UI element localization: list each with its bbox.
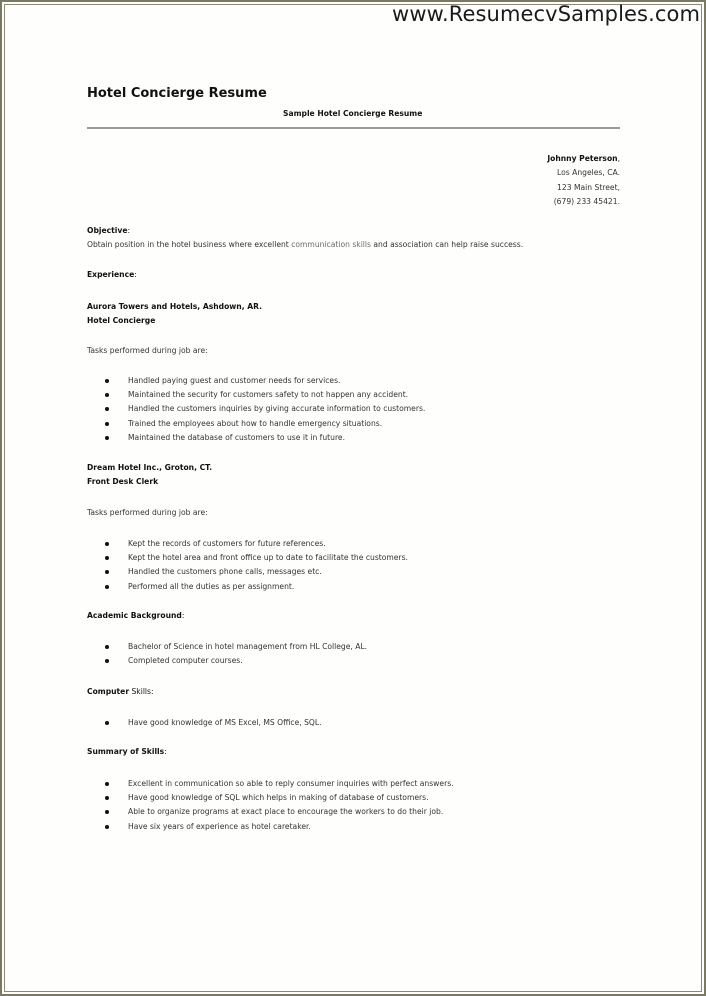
- list-item: Have good knowledge of SQL which helps i…: [105, 791, 454, 805]
- contact-city: Los Angeles, CA.: [547, 166, 620, 180]
- list-item: Have good knowledge of MS Excel, MS Offi…: [105, 716, 322, 730]
- divider: [87, 127, 620, 129]
- list-item: Performed all the duties as per assignme…: [105, 580, 408, 594]
- contact-name: Johnny Peterson: [547, 154, 617, 163]
- list-item: Have six years of experience as hotel ca…: [105, 820, 454, 834]
- job-2-role: Front Desk Clerk: [87, 477, 158, 486]
- contact-phone: (679) 233 45421.: [547, 195, 620, 209]
- list-item: Bachelor of Science in hotel management …: [105, 640, 367, 654]
- job-1-role: Hotel Concierge: [87, 316, 155, 325]
- page-subtitle: Sample Hotel Concierge Resume: [283, 109, 422, 118]
- computer-skills-list: Have good knowledge of MS Excel, MS Offi…: [105, 716, 322, 730]
- job-1-company: Aurora Towers and Hotels, Ashdown, AR.: [87, 302, 262, 311]
- list-item: Handled paying guest and customer needs …: [105, 374, 425, 388]
- job-2-intro: Tasks performed during job are:: [87, 508, 208, 517]
- job-1-intro: Tasks performed during job are:: [87, 346, 208, 355]
- job-1-task-list: Handled paying guest and customer needs …: [105, 374, 425, 445]
- watermark: www.ResumecvSamples.com: [392, 2, 700, 26]
- list-item: Kept the records of customers for future…: [105, 537, 408, 551]
- experience-heading: Experience:: [87, 270, 137, 279]
- list-item: Completed computer courses.: [105, 654, 367, 668]
- academic-list: Bachelor of Science in hotel management …: [105, 640, 367, 668]
- list-item: Kept the hotel area and front office up …: [105, 551, 408, 565]
- objective-heading: Objective:: [87, 226, 130, 235]
- list-item: Maintained the security for customers sa…: [105, 388, 425, 402]
- list-item: Trained the employees about how to handl…: [105, 417, 425, 431]
- list-item: Handled the customers inquiries by givin…: [105, 402, 425, 416]
- contact-street: 123 Main Street,: [547, 181, 620, 195]
- summary-list: Excellent in communication so able to re…: [105, 777, 454, 834]
- job-2-task-list: Kept the records of customers for future…: [105, 537, 408, 594]
- list-item: Able to organize programs at exact place…: [105, 805, 454, 819]
- page-title: Hotel Concierge Resume: [87, 86, 267, 101]
- objective-text: Obtain position in the hotel business wh…: [87, 240, 523, 249]
- contact-block: Johnny Peterson, Los Angeles, CA. 123 Ma…: [547, 152, 620, 209]
- communication-skills-link[interactable]: communication skills: [291, 240, 371, 249]
- contact-name-line: Johnny Peterson,: [547, 152, 620, 166]
- computer-skills-heading: Computer Skills:: [87, 687, 154, 696]
- academic-heading: Academic Background:: [87, 611, 184, 620]
- list-item: Maintained the database of customers to …: [105, 431, 425, 445]
- job-2-company: Dream Hotel Inc., Groton, CT.: [87, 463, 212, 472]
- list-item: Handled the customers phone calls, messa…: [105, 565, 408, 579]
- list-item: Excellent in communication so able to re…: [105, 777, 454, 791]
- summary-heading: Summary of Skills:: [87, 747, 167, 756]
